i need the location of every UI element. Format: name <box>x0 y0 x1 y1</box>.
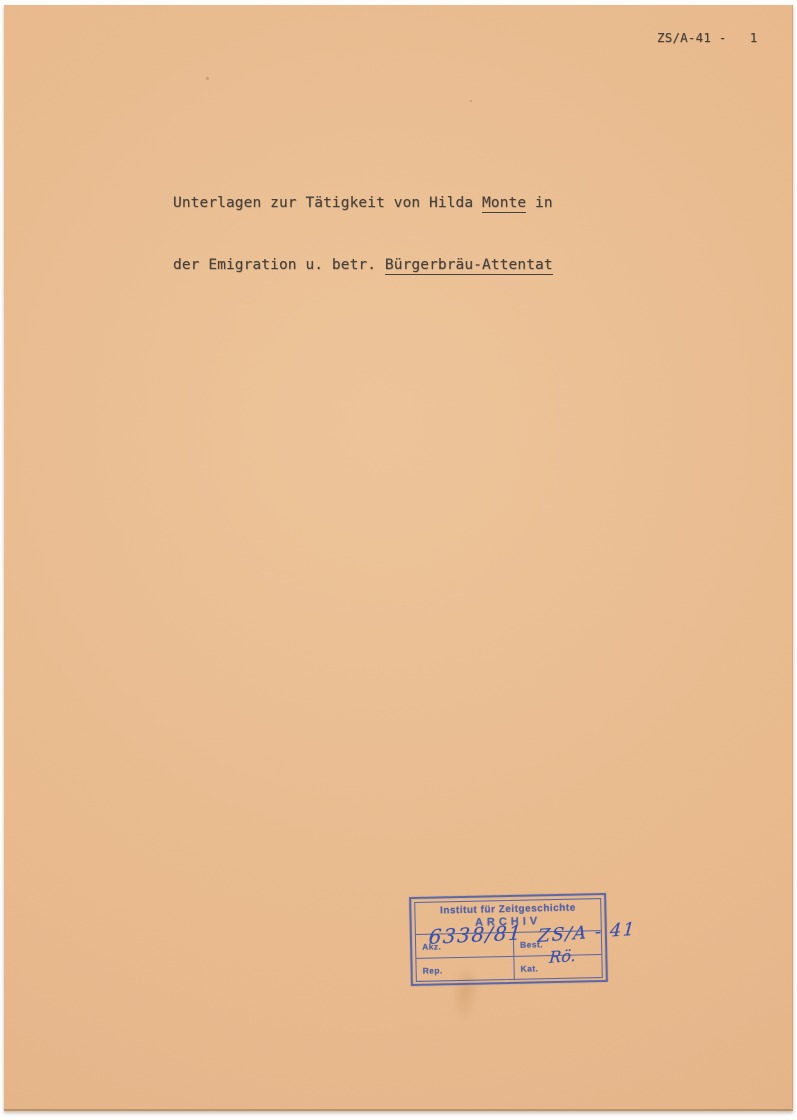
paper-speck <box>206 77 209 80</box>
document-page: ZS/A-41 - 1 Unterlagen zur Tätigkeit von… <box>4 5 793 1111</box>
scan-background: ZS/A-41 - 1 Unterlagen zur Tätigkeit von… <box>0 0 797 1120</box>
underlined-term: Bürgerbräu-Attentat <box>385 257 553 275</box>
title-line-1-post: in <box>526 195 553 211</box>
underlined-name: Monte <box>482 195 526 213</box>
reference-number: ZS/A-41 - 1 <box>657 30 757 45</box>
paper-speck <box>470 100 472 102</box>
akz-value-handwritten: 6338/81 <box>428 920 524 948</box>
title-line-1: Unterlagen zur Tätigkeit von Hilda Monte… <box>173 193 553 214</box>
kat-label: Kat. <box>521 963 539 973</box>
title-line-2-pre: der Emigration u. betr. <box>173 257 385 273</box>
archive-stamp: Institut für Zeitgeschichte ARCHIV Akz. … <box>409 893 608 986</box>
title-block: Unterlagen zur Tätigkeit von Hilda Monte… <box>173 152 553 316</box>
rep-label: Rep. <box>423 965 443 975</box>
kat-value-handwritten: Rö. <box>549 946 577 967</box>
stamp-cell-rep: Rep. <box>416 956 514 981</box>
title-line-1-pre: Unterlagen zur Tätigkeit von Hilda <box>173 195 482 211</box>
title-line-2: der Emigration u. betr. Bürgerbräu-Atten… <box>173 255 553 276</box>
